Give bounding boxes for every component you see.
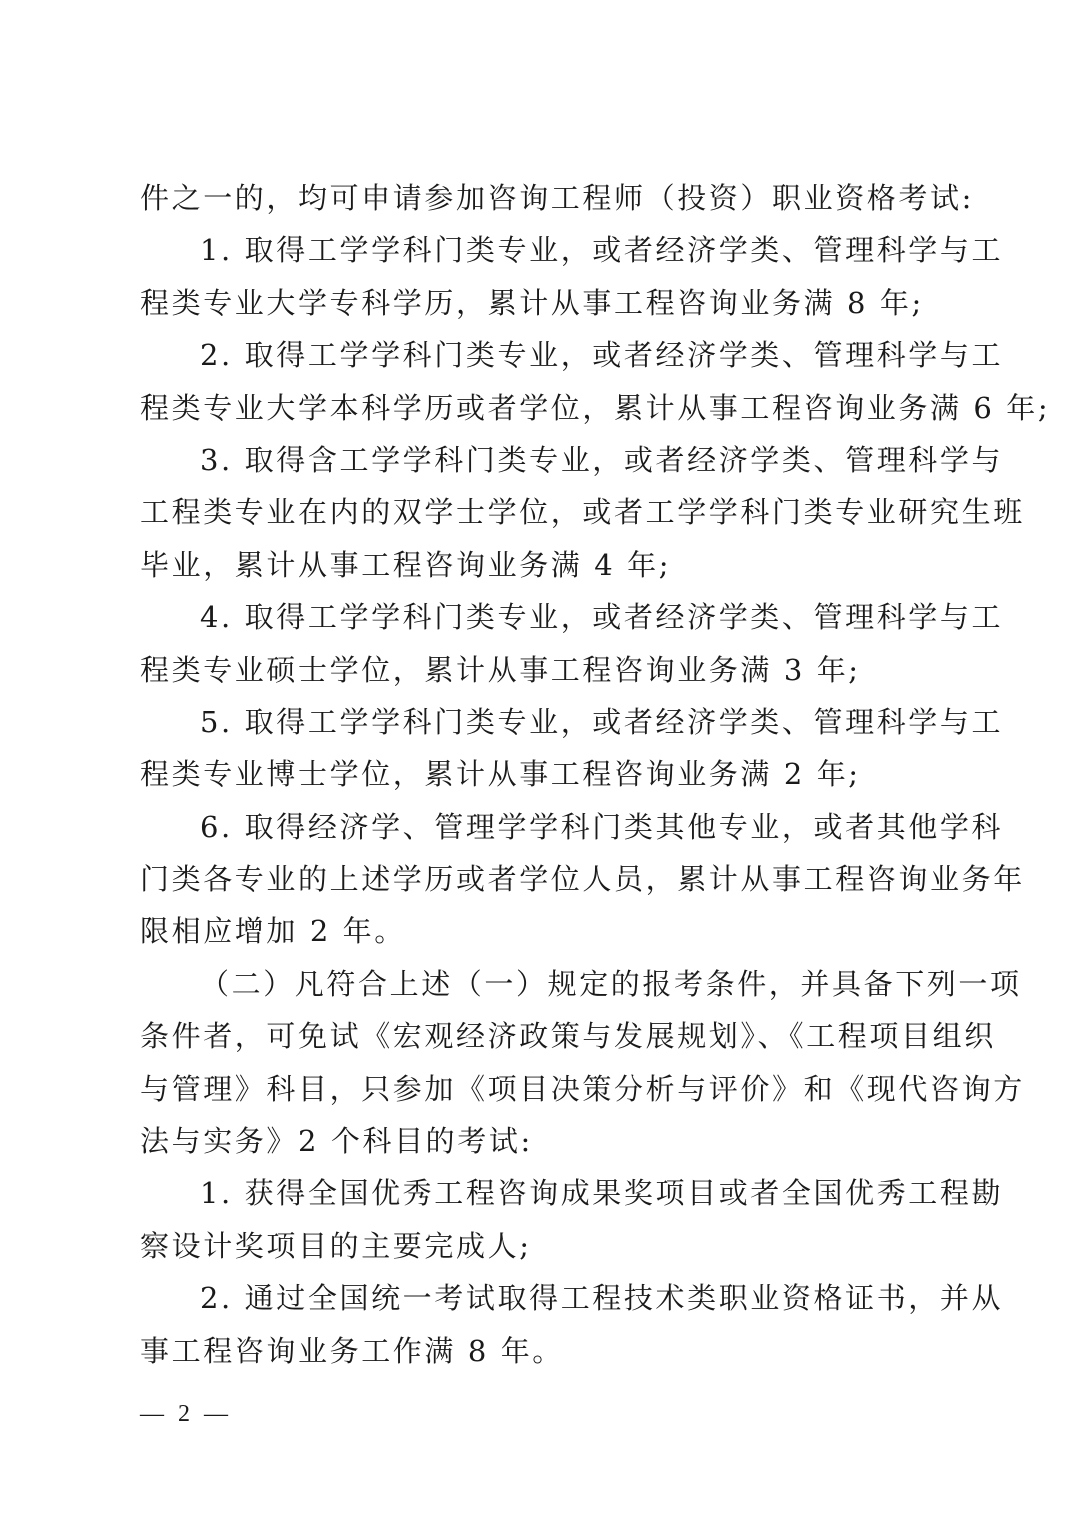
list-item-3-start: 3. 取得含工学学科门类专业，或者经济学类、管理科学与 — [140, 434, 950, 486]
list-item-1-cont: 程类专业大学专科学历，累计从事工程咨询业务满 8 年; — [140, 277, 950, 329]
list-item-1-start: 1. 取得工学学科门类专业，或者经济学类、管理科学与工 — [140, 224, 950, 276]
document-body: 件之一的，均可申请参加咨询工程师（投资）职业资格考试: 1. 取得工学学科门类专… — [140, 172, 950, 1377]
exempt-item-2-start: 2. 通过全国统一考试取得工程技术类职业资格证书，并从 — [140, 1272, 950, 1324]
exempt-item-2-cont: 事工程咨询业务工作满 8 年。 — [140, 1325, 950, 1377]
page-number: — 2 — — [140, 1396, 232, 1432]
section-2-cont-1: 条件者，可免试《宏观经济政策与发展规划》、《工程项目组织 — [140, 1010, 950, 1062]
section-2-end: 法与实务》2 个科目的考试: — [140, 1115, 950, 1167]
exempt-item-1-start: 1. 获得全国优秀工程咨询成果奖项目或者全国优秀工程勘 — [140, 1167, 950, 1219]
list-item-6-end: 限相应增加 2 年。 — [140, 905, 950, 957]
section-2-cont-2: 与管理》科目，只参加《项目决策分析与评价》和《现代咨询方 — [140, 1063, 950, 1115]
text-line-continuation: 件之一的，均可申请参加咨询工程师（投资）职业资格考试: — [140, 172, 950, 224]
list-item-2-cont: 程类专业大学本科学历或者学位，累计从事工程咨询业务满 6 年; — [140, 382, 950, 434]
list-item-3-cont: 工程类专业在内的双学士学位，或者工学学科门类专业研究生班 — [140, 486, 950, 538]
list-item-4-start: 4. 取得工学学科门类专业，或者经济学类、管理科学与工 — [140, 591, 950, 643]
list-item-3-end: 毕业，累计从事工程咨询业务满 4 年; — [140, 539, 950, 591]
list-item-2-start: 2. 取得工学学科门类专业，或者经济学类、管理科学与工 — [140, 329, 950, 381]
list-item-4-cont: 程类专业硕士学位，累计从事工程咨询业务满 3 年; — [140, 644, 950, 696]
list-item-6-cont: 门类各专业的上述学历或者学位人员，累计从事工程咨询业务年 — [140, 853, 950, 905]
list-item-5-start: 5. 取得工学学科门类专业，或者经济学类、管理科学与工 — [140, 696, 950, 748]
list-item-5-cont: 程类专业博士学位，累计从事工程咨询业务满 2 年; — [140, 748, 950, 800]
section-2-start: （二）凡符合上述（一）规定的报考条件，并具备下列一项 — [140, 958, 950, 1010]
exempt-item-1-cont: 察设计奖项目的主要完成人; — [140, 1220, 950, 1272]
list-item-6-start: 6. 取得经济学、管理学学科门类其他专业，或者其他学科 — [140, 801, 950, 853]
